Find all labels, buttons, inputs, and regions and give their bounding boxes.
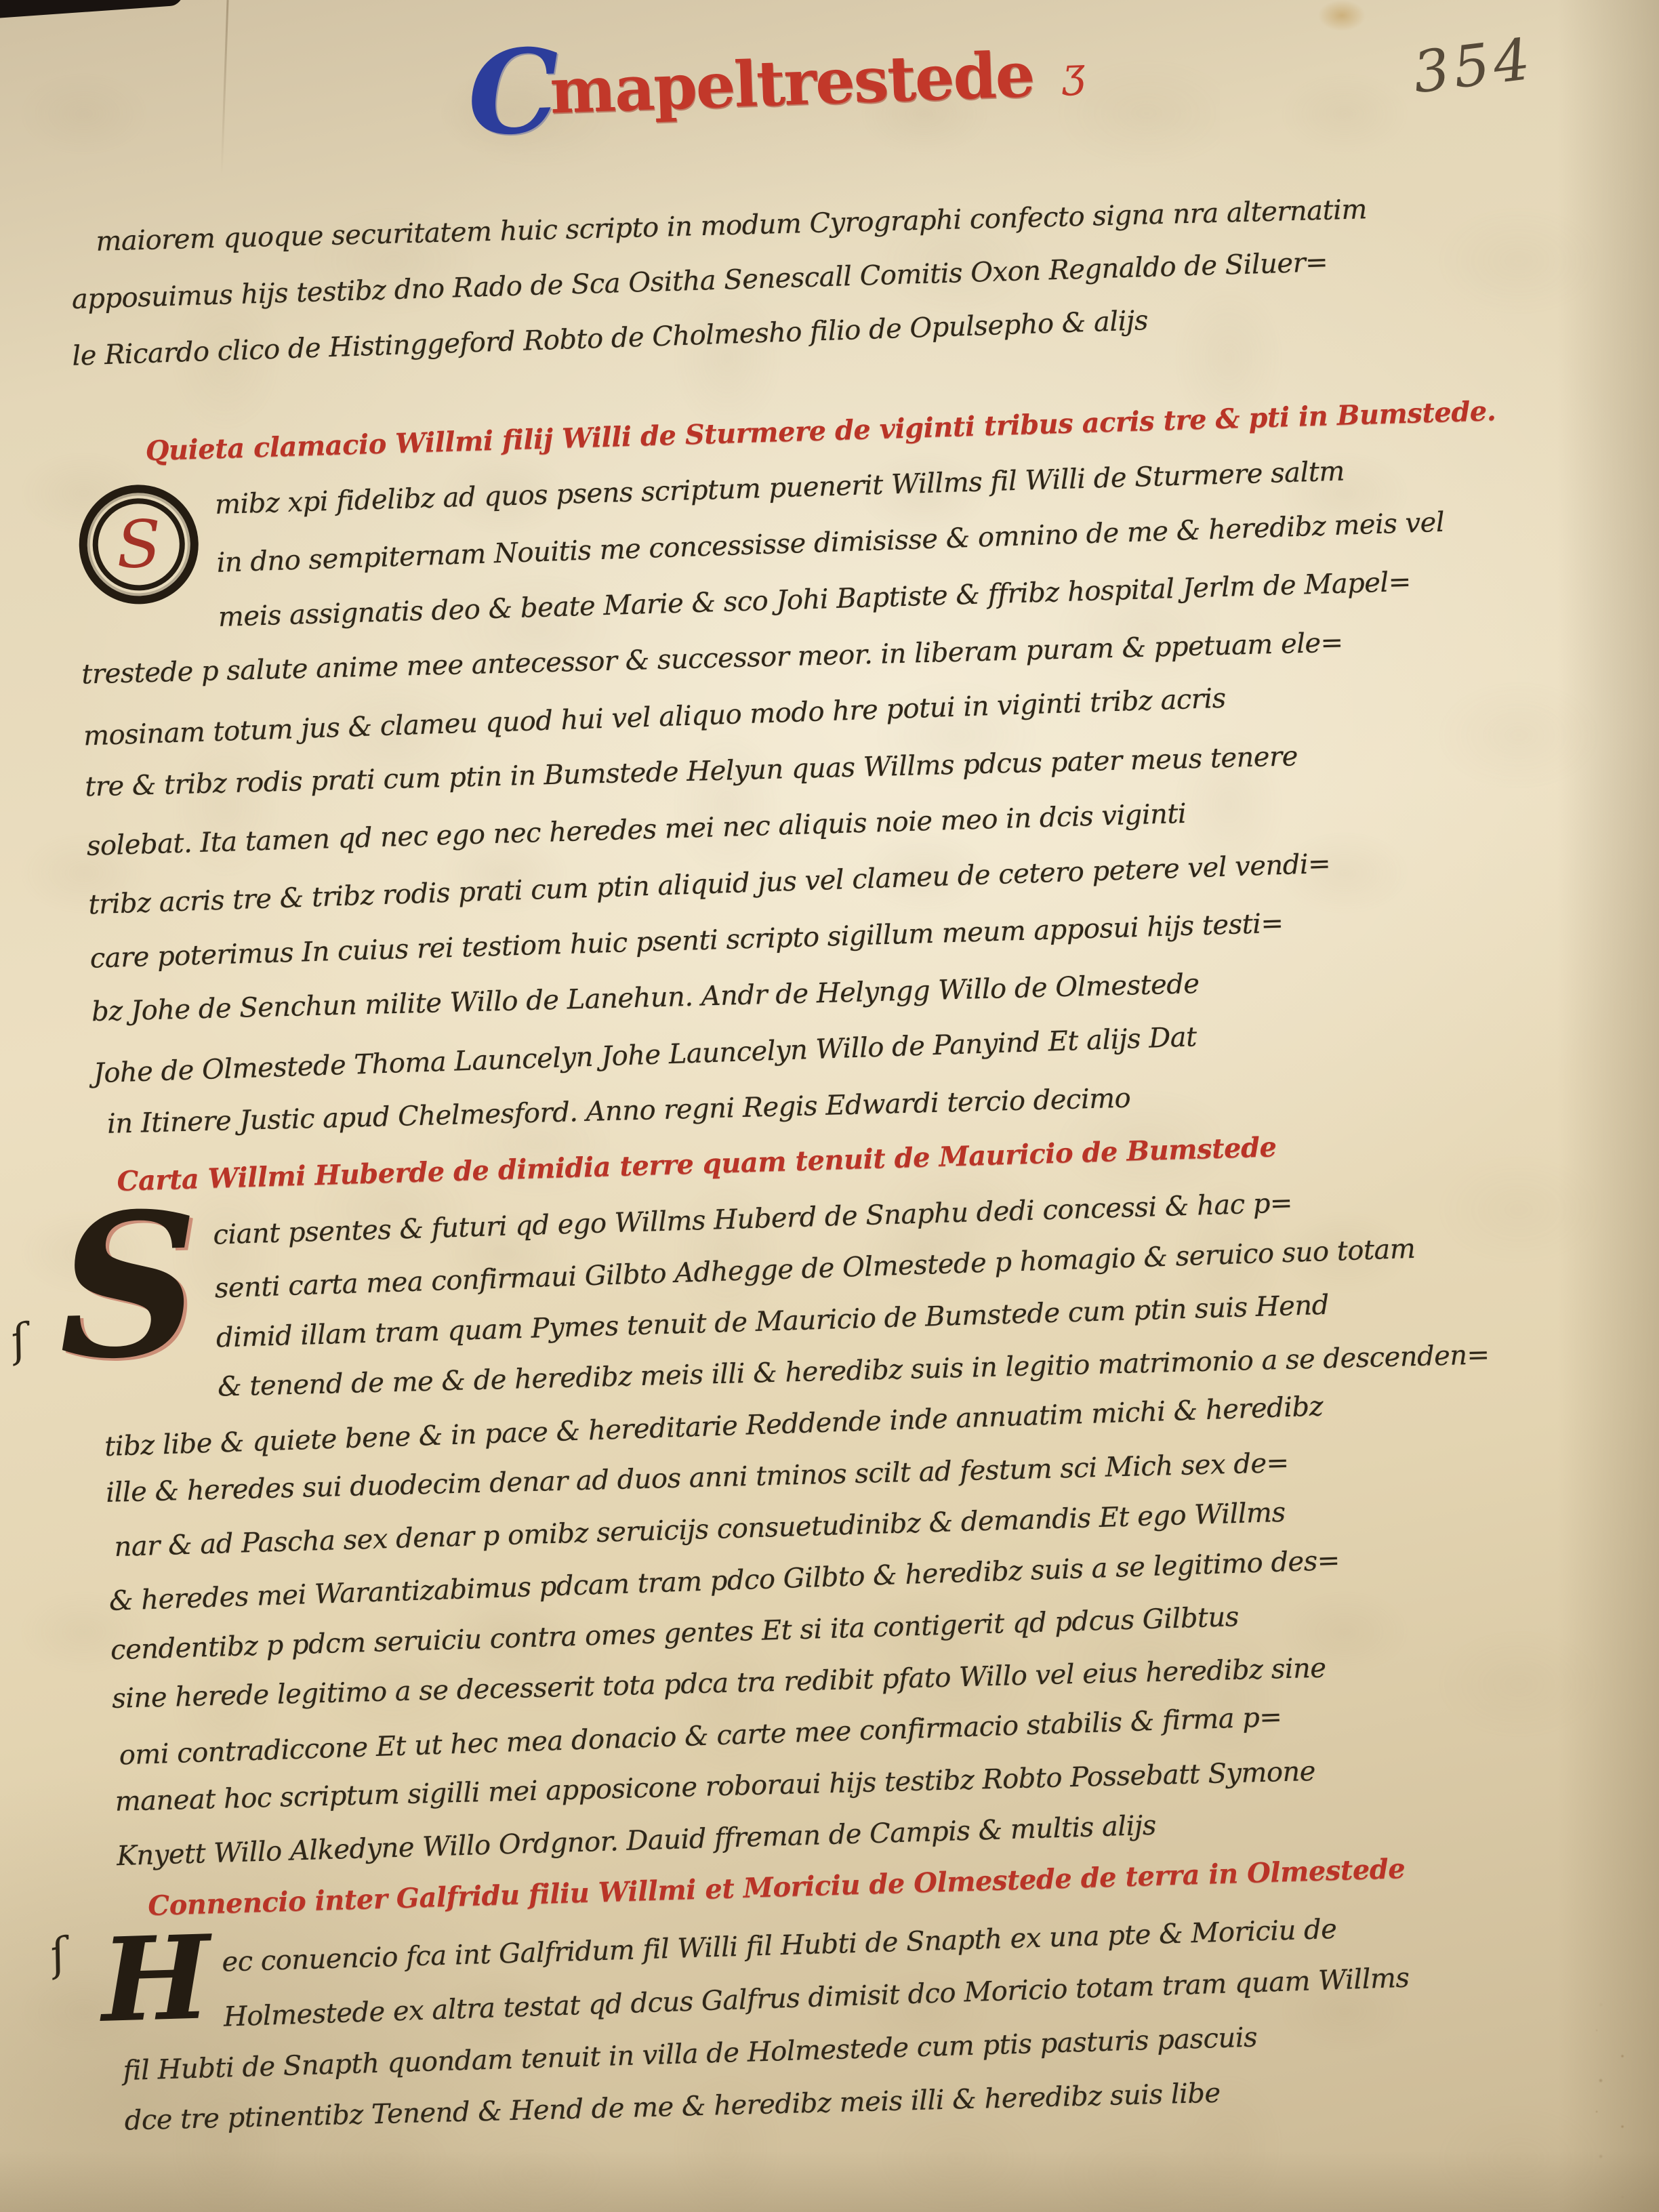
manuscript-photo: C mapeltrestede ʒ 354 ſ ſ maiorem quoque… bbox=[0, 0, 1659, 2212]
photo-edge-shadow bbox=[0, 0, 184, 19]
text-column: maiorem quoque securitatem huic scripto … bbox=[68, 178, 1507, 2150]
prelude-paragraph: maiorem quoque securitatem huic scripto … bbox=[68, 178, 1454, 381]
margin-mark: ſ bbox=[45, 1929, 72, 1981]
charter-quitclaim: S mibz xpi fidelibz ad quos psens script… bbox=[76, 441, 1478, 1156]
margin-mark: ſ bbox=[6, 1315, 33, 1367]
paraph-mark: ʒ bbox=[1060, 22, 1086, 124]
folio-number: 354 bbox=[1410, 25, 1538, 106]
header-initial-blue: C bbox=[466, 40, 561, 145]
charter-convencio: H ec conuencio fca int Galfridum fil Wil… bbox=[119, 1898, 1507, 2150]
running-header: C mapeltrestede ʒ bbox=[466, 22, 1087, 145]
charter-carta: S ciant psentes & futuri qd ego Willms H… bbox=[98, 1172, 1499, 1882]
page-title: mapeltrestede bbox=[548, 24, 1036, 142]
parchment-stain bbox=[1318, 0, 1366, 31]
parchment-crease bbox=[220, 0, 228, 176]
